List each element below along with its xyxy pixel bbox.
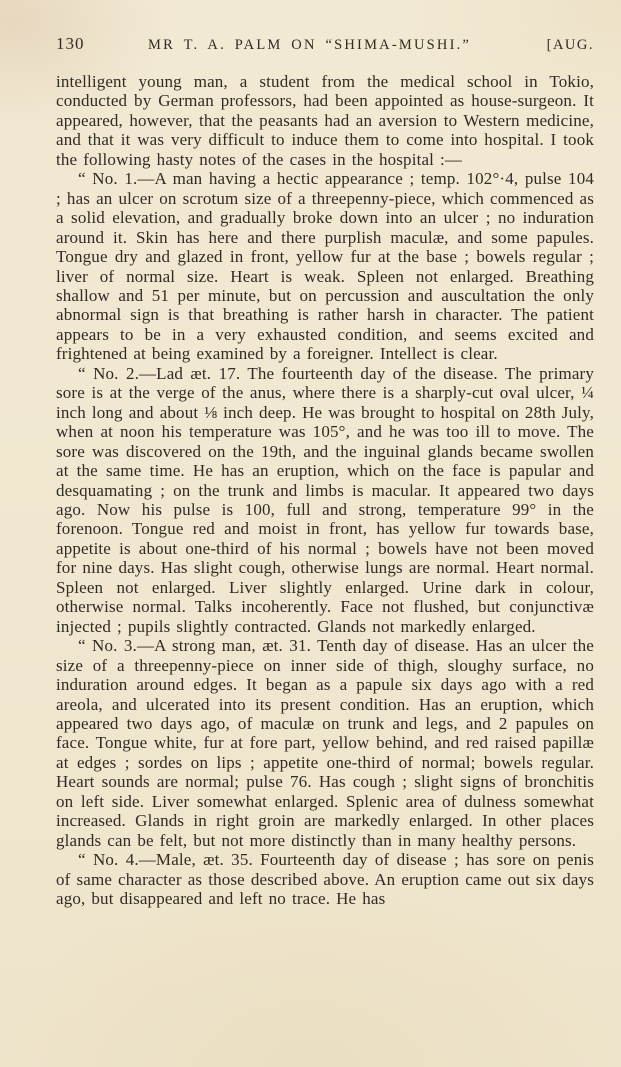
page-number: 130: [56, 34, 85, 54]
paragraph: intelligent young man, a student from th…: [56, 72, 594, 169]
paragraph-list: intelligent young man, a student from th…: [56, 72, 594, 908]
paragraph: “ No. 3.—A strong man, æt. 31. Tenth day…: [56, 636, 594, 850]
paragraph: “ No. 2.—Lad æt. 17. The fourteenth day …: [56, 364, 594, 636]
paragraph: “ No. 1.—A man having a hectic appearanc…: [56, 169, 594, 364]
running-head: 130 MR T. A. PALM ON “SHIMA-MUSHI.” [AUG…: [56, 34, 594, 54]
issue-date-tag: [AUG.: [547, 37, 594, 54]
scanned-journal-page: 130 MR T. A. PALM ON “SHIMA-MUSHI.” [AUG…: [0, 0, 621, 1067]
paragraph: “ No. 4.—Male, æt. 35. Fourteenth day of…: [56, 850, 594, 908]
running-title: MR T. A. PALM ON “SHIMA-MUSHI.”: [148, 37, 471, 54]
